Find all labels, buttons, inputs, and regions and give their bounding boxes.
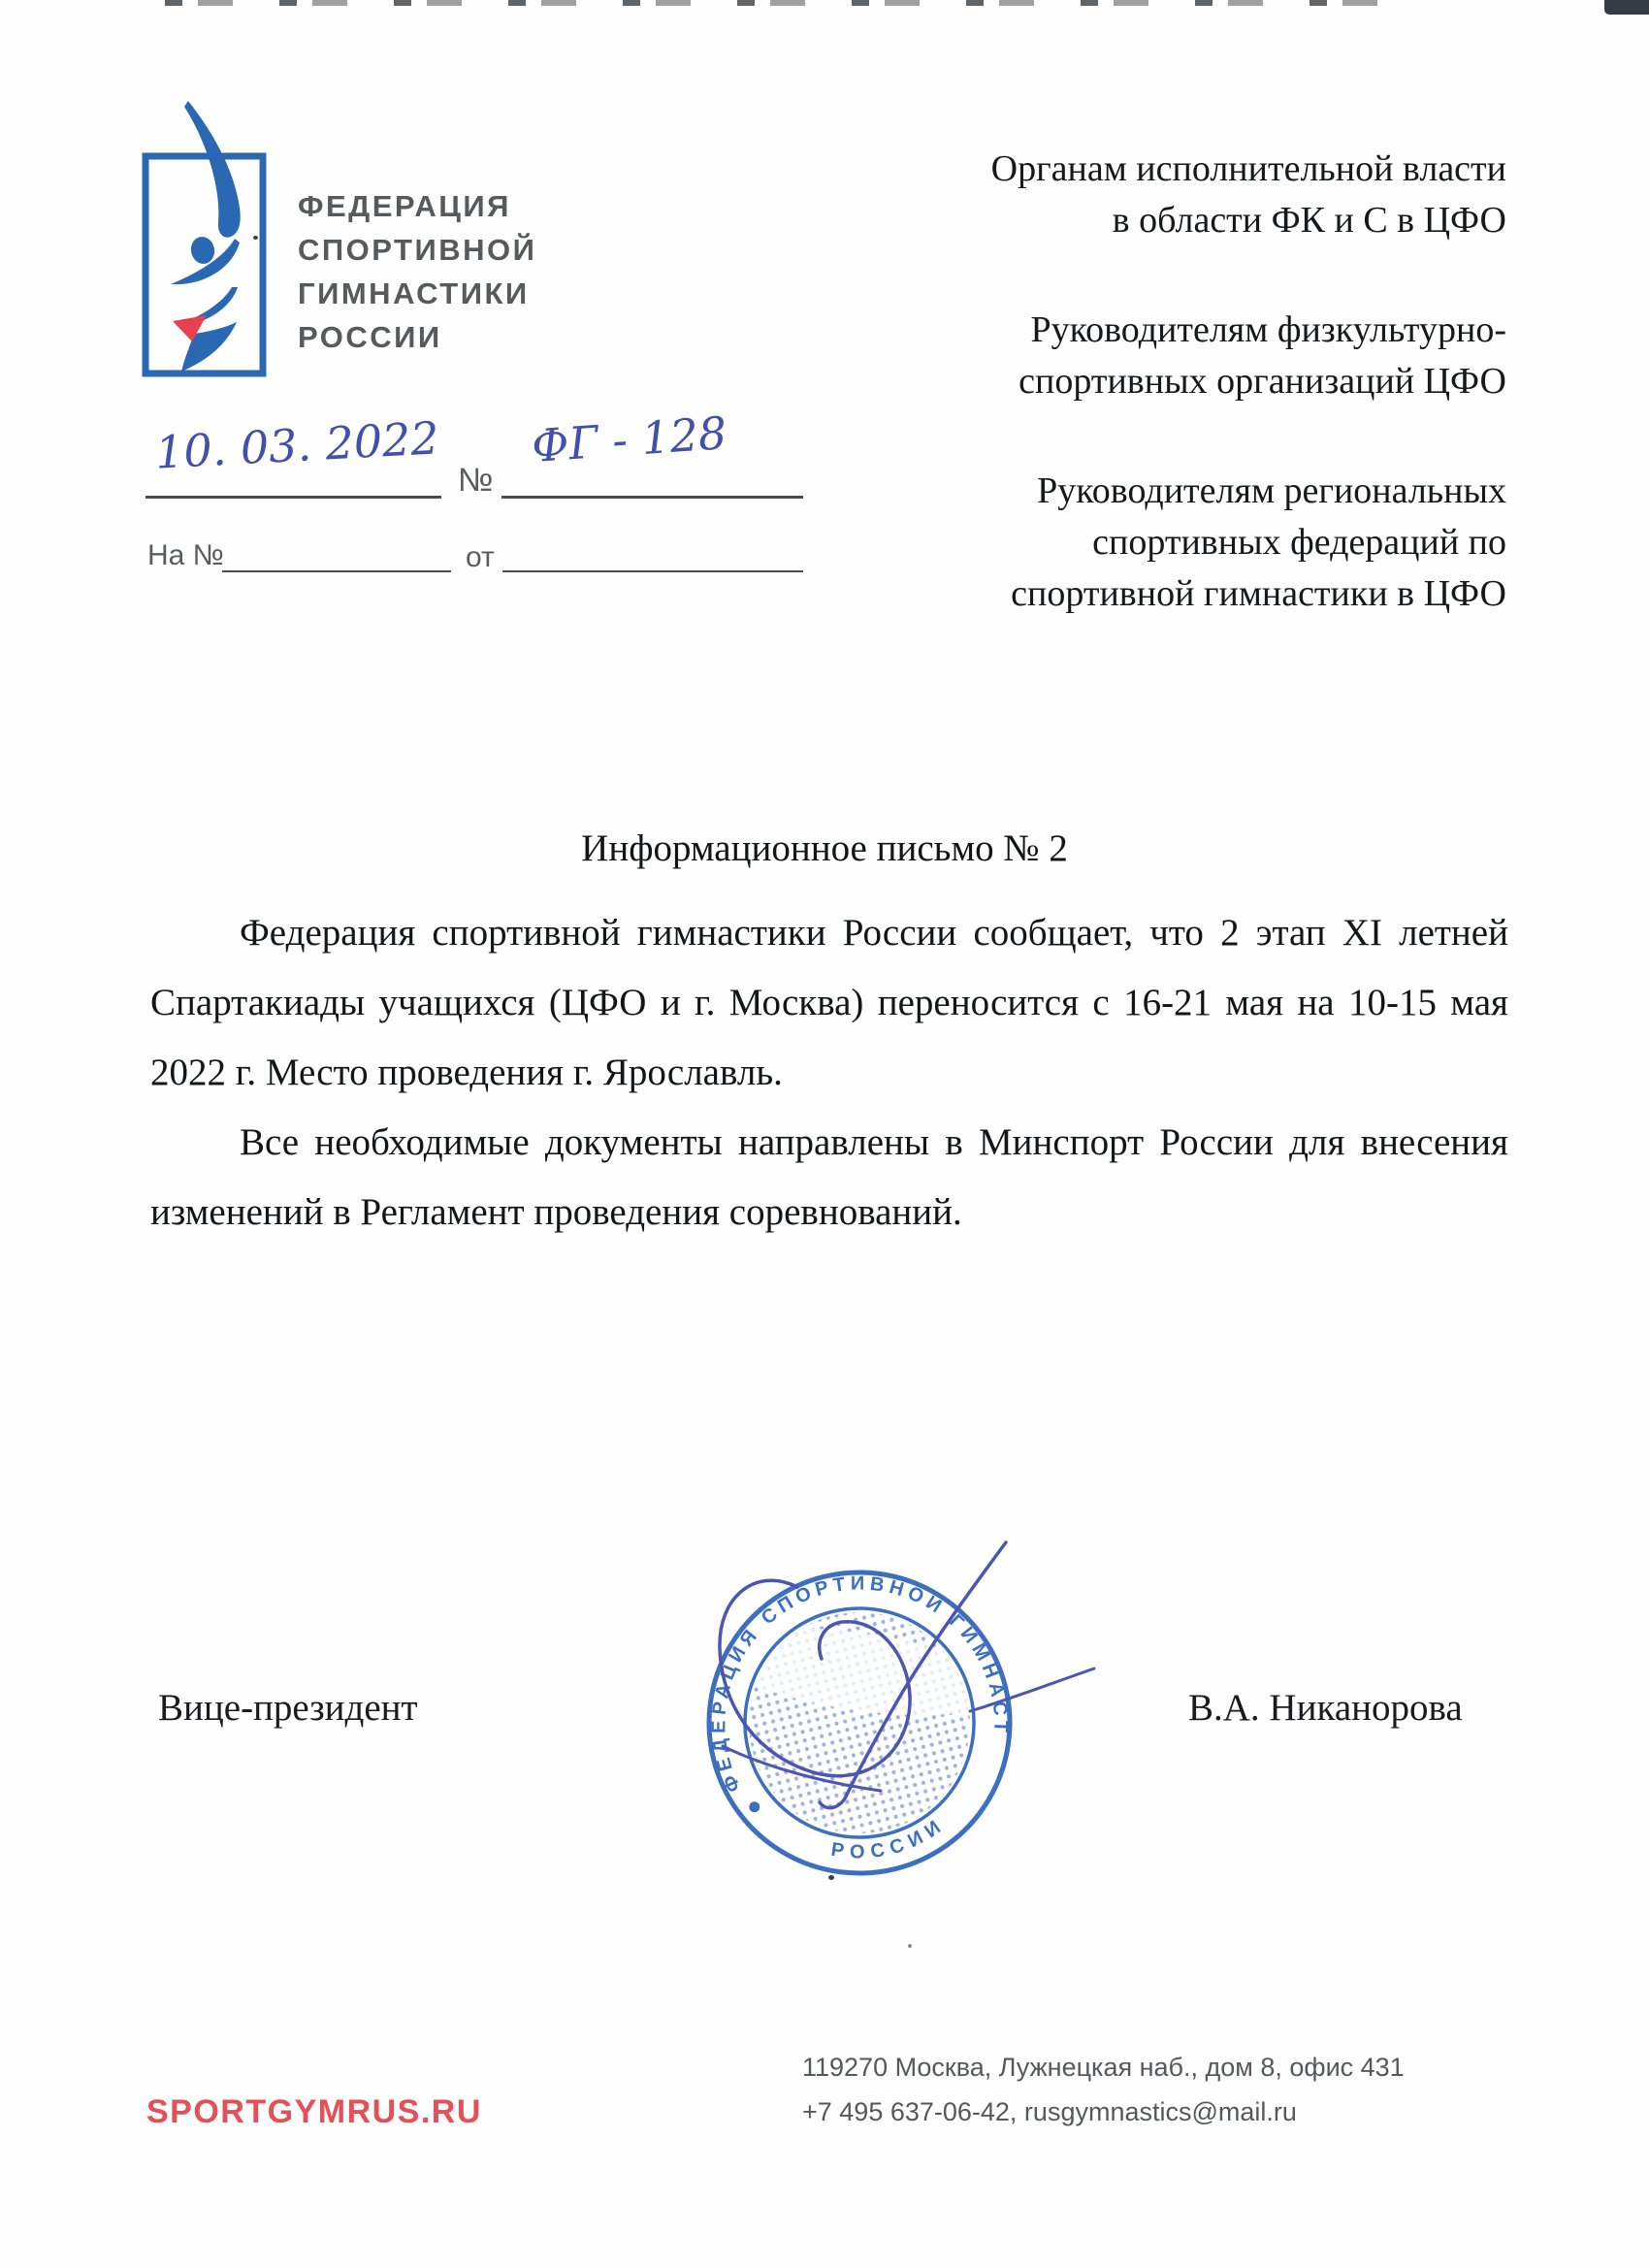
federation-round-stamp: ФЕДЕРАЦИЯ СПОРТИВНОЙ ГИМНАСТИКИ РОССИИ [669,1523,1125,1940]
gymnast-figure-icon [171,101,241,372]
recipient-line: спортивных организаций ЦФО [991,356,1506,407]
letter-title: Информационное письмо № 2 [145,826,1503,870]
number-underline [501,496,803,499]
letter-body: Федерация спортивной гимнастики России с… [150,898,1508,1247]
recipient-group: Руководителям региональных спортивных фе… [991,466,1506,620]
footer-address: 119270 Москва, Лужнецкая наб., дом 8, оф… [802,2045,1405,2090]
letter-page: ФЕДЕРАЦИЯ СПОРТИВНОЙ ГИМНАСТИКИ РОССИИ О… [0,0,1649,2268]
number-sign-label: № [458,462,493,500]
reply-to-label: На № [147,539,224,572]
signer-position-title: Вице-президент [158,1686,418,1730]
body-paragraph: Все необходимые документы направлены в М… [150,1108,1508,1247]
logo-line: ФЕДЕРАЦИЯ [298,184,536,228]
from-date-label: от [466,541,495,574]
body-paragraph: Федерация спортивной гимнастики России с… [150,898,1508,1108]
from-date-underline [502,570,803,572]
logo-wordmark: ФЕДЕРАЦИЯ СПОРТИВНОЙ ГИМНАСТИКИ РОССИИ [298,184,536,359]
scan-artifact-corner [1604,0,1649,15]
footer-contact-block: 119270 Москва, Лужнецкая наб., дом 8, оф… [802,2045,1405,2134]
recipient-group: Руководителям физкультурно- спортивных о… [991,305,1506,407]
recipient-line: спортивной гимнастики в ЦФО [991,568,1506,620]
recipient-line: спортивных федераций по [991,517,1506,568]
recipient-line: Руководителям физкультурно- [991,305,1506,356]
recipient-block: Органам исполнительной власти в области … [991,144,1506,678]
recipient-group: Органам исполнительной власти в области … [991,144,1506,246]
scan-artifact-top-edge [165,0,1416,6]
recipient-line: Руководителям региональных [991,466,1506,517]
reply-number-underline [222,570,451,572]
logo-line: СПОРТИВНОЙ [298,228,536,272]
logo-line: РОССИИ [298,315,536,359]
recipient-line: в области ФК и С в ЦФО [991,195,1506,246]
handwritten-letter-number: ФГ - 128 [530,406,728,472]
scan-speck [908,1944,912,1948]
footer-phone-email: +7 495 637-06-42, rusgymnastics@mail.ru [802,2090,1405,2134]
stamp-seal: ФЕДЕРАЦИЯ СПОРТИВНОЙ ГИМНАСТИКИ РОССИИ [676,1538,1052,1905]
stamp-rim-dot [748,1800,760,1813]
date-underline [145,496,441,499]
gymnastics-federation-logo [134,92,279,388]
signer-name: В.А. Никанорова [1188,1686,1463,1730]
logo-line: ГИМНАСТИКИ [298,272,536,315]
handwritten-date: 10. 03. 2022 [154,411,440,478]
footer-website: SPORTGYMRUS.RU [146,2093,482,2131]
recipient-line: Органам исполнительной власти [991,144,1506,195]
